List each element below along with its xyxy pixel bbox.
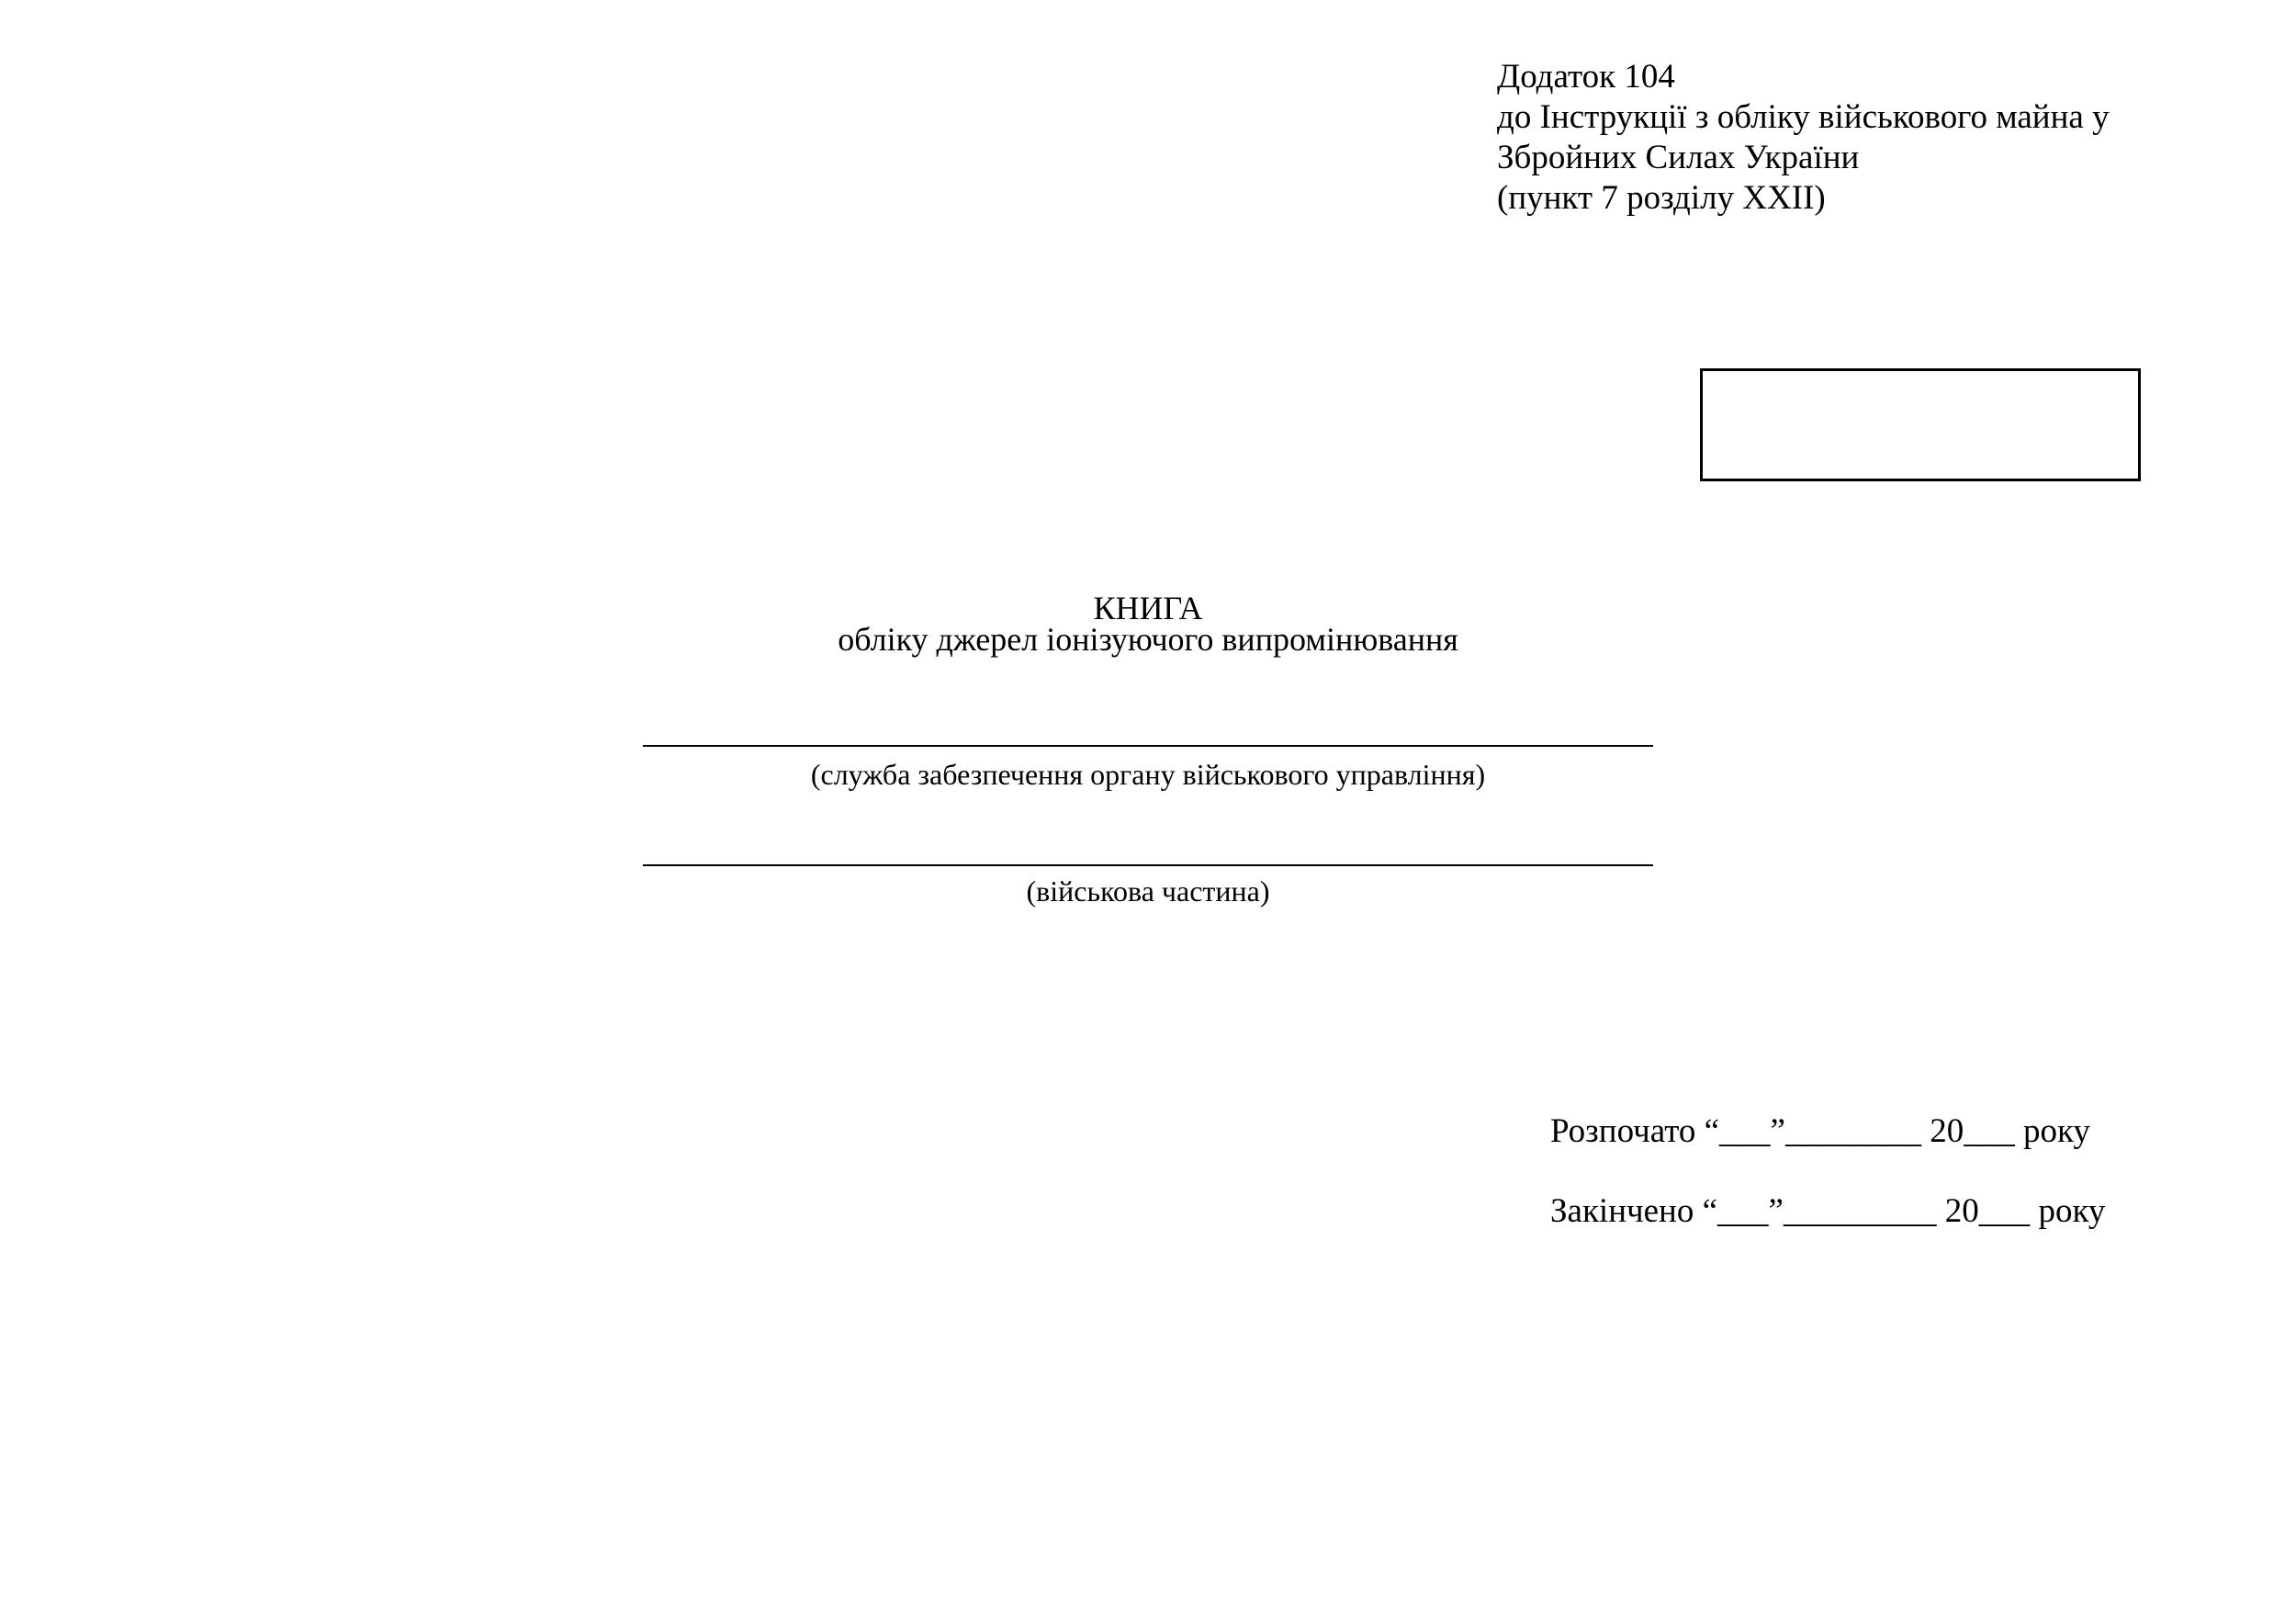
appendix-reference-line-1: до Інструкції з обліку військового майна…	[1497, 97, 2110, 138]
appendix-number: Додаток 104	[1497, 57, 2110, 97]
registration-number-box	[1700, 368, 2141, 481]
appendix-reference-line-2: Збройних Силах України	[1497, 138, 2110, 178]
start-date-label: Розпочато	[1550, 1112, 1695, 1150]
military-unit-fill-line	[643, 864, 1653, 866]
support-service-caption: (служба забезпечення органу військового …	[0, 758, 2296, 791]
military-unit-caption: (військова частина)	[0, 874, 2296, 908]
end-date-label: Закінчено	[1550, 1192, 1694, 1230]
appendix-header: Додаток 104 до Інструкції з обліку війсь…	[1497, 57, 2110, 219]
end-date-line: Закінчено “___”_________ 20___ року	[1550, 1192, 2105, 1231]
appendix-reference-clause: (пункт 7 розділу XXII)	[1497, 178, 2110, 219]
support-service-fill-line	[643, 745, 1653, 747]
end-date-blank: “___”_________ 20___ року	[1703, 1192, 2106, 1230]
start-date-line: Розпочато “___”________ 20___ року	[1550, 1112, 2090, 1151]
book-subtitle: обліку джерел іонізуючого випромінювання	[0, 621, 2296, 658]
start-date-blank: “___”________ 20___ року	[1705, 1112, 2090, 1150]
document-page: Додаток 104 до Інструкції з обліку війсь…	[0, 0, 2296, 1624]
